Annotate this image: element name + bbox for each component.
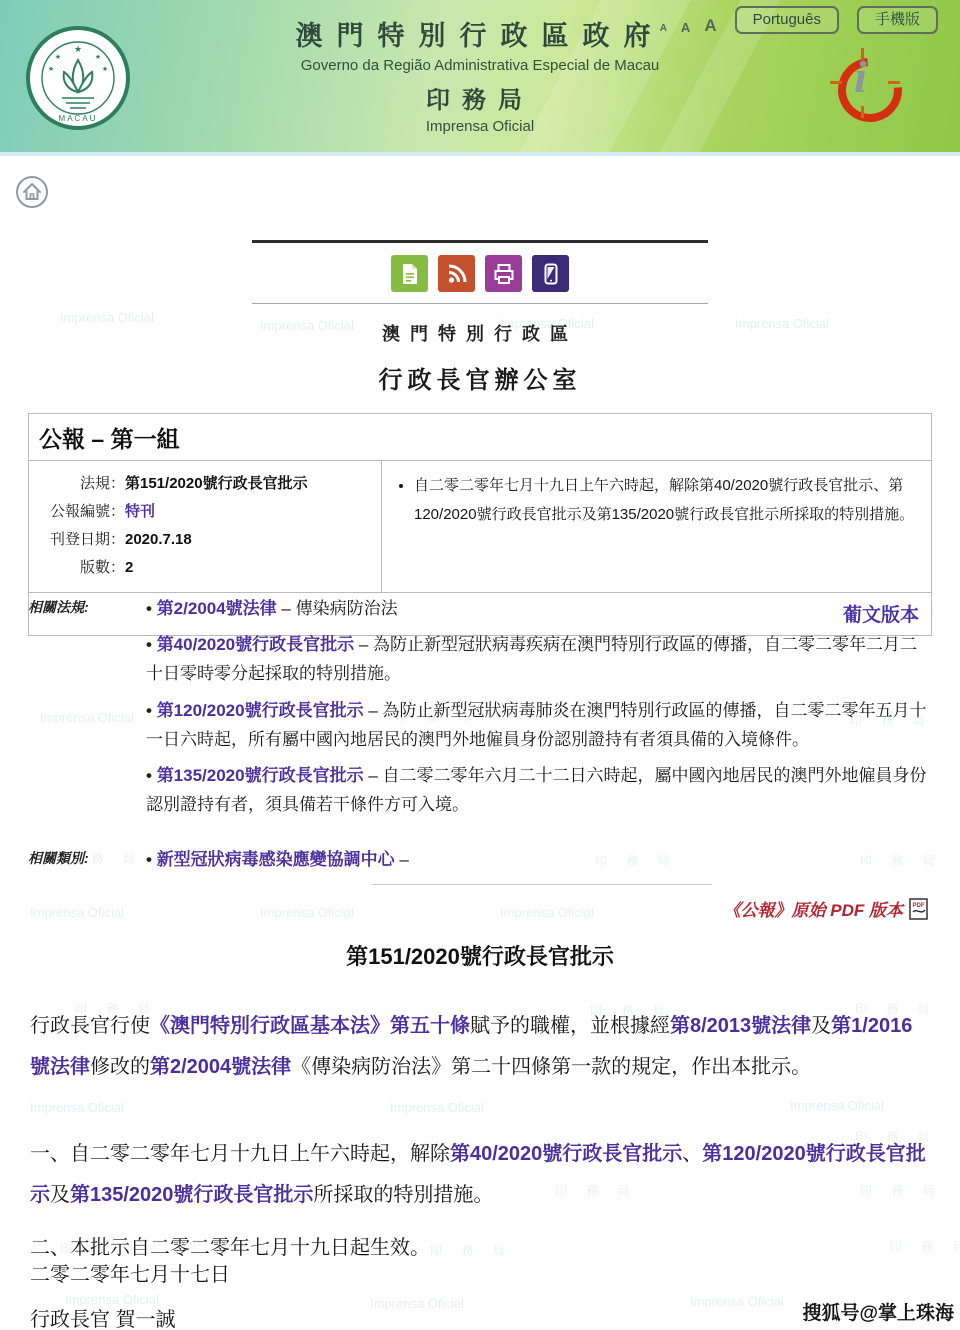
watermark-text: Imprensa Oficial (790, 1098, 884, 1113)
inline-law-link[interactable]: 第8/2013號法律 (670, 1015, 811, 1037)
text-segment: 賦予的職權，並根據經 (470, 1015, 670, 1037)
law-description: – (395, 850, 409, 869)
mobile-button[interactable] (532, 255, 569, 292)
header-toolbar: A A A Português 手機版 (660, 6, 938, 34)
text-segment: 、 (682, 1143, 702, 1165)
watermark-text: Imprensa Oficial (30, 905, 124, 920)
related-category-section: 相關類別: 新型冠狀病毒感染應變協調中心 – (28, 845, 932, 881)
text-segment: 修改的 (90, 1056, 150, 1078)
watermark-text: Imprensa Oficial (690, 1294, 784, 1309)
share-bar (252, 240, 708, 304)
gazette-series-title: 公報 – 第一組 (29, 414, 931, 460)
text-segment: 及 (811, 1015, 831, 1037)
inline-law-link[interactable]: 第135/2020號行政長官批示 (70, 1184, 313, 1206)
related-item: 第120/2020號行政長官批示 – 為防止新型冠狀病毒肺炎在澳門特別行政區的傳… (146, 696, 932, 754)
inline-law-link[interactable]: 第40/2020號行政長官批示 (450, 1143, 682, 1165)
office-title: 行政長官辦公室 (0, 360, 960, 395)
gazette-summary-item: 自二零二零年七月十九日上午六時起，解除第40/2020號行政長官批示、第120/… (414, 471, 915, 530)
divider-thin (252, 303, 708, 304)
dispatch-intro-paragraph: 行政長官行使《澳門特別行政區基本法》第五十條賦予的職權，並根據經第8/2013號… (30, 1006, 930, 1088)
gazette-fields: 法規：第151/2020號行政長官批示公報編號：特刊刊登日期：2020.7.18… (29, 461, 381, 592)
inline-law-link[interactable]: 《澳門特別行政區基本法》第五十條 (150, 1015, 470, 1037)
mobile-version-button[interactable]: 手機版 (857, 6, 938, 34)
sohu-watermark: 搜狐号@掌上珠海 (802, 1298, 954, 1325)
dispatch-signature: 行政長官 賀一誠 (30, 1303, 176, 1330)
gazette-summary-cell: 自二零二零年七月十九日上午六時起，解除第40/2020號行政長官批示、第120/… (381, 461, 931, 592)
related-laws-label: 相關法規: (28, 594, 128, 827)
watermark-text: Imprensa Oficial (260, 905, 354, 920)
gazette-pdf-link[interactable]: 《公報》原始 PDF 版本 (724, 896, 903, 921)
gazette-field-row: 刊登日期：2020.7.18 (33, 526, 373, 554)
portuguese-language-button[interactable]: Português (735, 6, 839, 34)
related-category-list: 新型冠狀病毒感染應變協調中心 – (128, 845, 932, 881)
rss-icon (445, 262, 469, 286)
law-link[interactable]: 新型冠狀病毒感染應變協調中心 (157, 850, 395, 869)
site-header: ★ ★ ★ ★ ★ MACAU 澳門特別行政區政府 Governo da Reg… (0, 0, 960, 156)
imprensa-oficial-logo: i (830, 48, 900, 118)
text-segment: 一、自二零二零年七月十九日上午六時起，解除 (30, 1143, 450, 1165)
watermark-text: Imprensa Oficial (370, 1296, 464, 1311)
font-size-medium-button[interactable]: A (681, 21, 690, 34)
dispatch-paragraph-one: 一、自二零二零年七月十九日上午六時起，解除第40/2020號行政長官批示、第12… (30, 1134, 930, 1216)
print-icon (492, 262, 516, 286)
logo-tick (830, 81, 842, 84)
watermark-text: Imprensa Oficial (500, 905, 594, 920)
font-size-large-button[interactable]: A (704, 17, 716, 34)
document-share-button[interactable] (391, 255, 428, 292)
logo-tick (861, 106, 864, 118)
content-divider (372, 884, 712, 885)
divider-thick (252, 240, 708, 243)
rss-button[interactable] (438, 255, 475, 292)
watermark-text: Imprensa Oficial (390, 1100, 484, 1115)
field-label: 公報編號： (33, 498, 125, 526)
inline-law-link[interactable]: 第2/2004號法律 (150, 1056, 291, 1078)
field-label: 刊登日期： (33, 526, 125, 554)
region-title: 澳門特別行政區 (0, 320, 960, 346)
svg-text:PDF: PDF (913, 903, 925, 909)
font-size-small-button[interactable]: A (660, 24, 667, 34)
dispatch-title: 第151/2020號行政長官批示 (0, 940, 960, 971)
related-item: 新型冠狀病毒感染應變協調中心 – (146, 845, 932, 874)
field-value: 2 (125, 554, 133, 582)
text-segment: 所採取的特別措施。 (313, 1184, 493, 1206)
law-link[interactable]: 第135/2020號行政長官批示 (157, 766, 364, 785)
bureau-title-pt: Imprensa Oficial (0, 118, 960, 135)
law-link[interactable]: 第2/2004號法律 (157, 599, 277, 618)
related-item: 第40/2020號行政長官批示 – 為防止新型冠狀病毒疾病在澳門特別行政區的傳播… (146, 630, 932, 688)
text-segment: 行政長官行使 (30, 1015, 150, 1037)
dispatch-date: 二零二零年七月十七日 (30, 1258, 230, 1287)
text-segment: 及 (50, 1184, 70, 1206)
logo-tick (888, 81, 900, 84)
field-label: 版數： (33, 554, 125, 582)
gazette-field-row: 版數：2 (33, 554, 373, 582)
bureau-title-zh: 印務局 (0, 80, 960, 115)
law-link[interactable]: 第40/2020號行政長官批示 (157, 635, 354, 654)
watermark-text: Imprensa Oficial (30, 1100, 124, 1115)
field-label: 法規： (33, 470, 125, 498)
gazette-field-row: 公報編號：特刊 (33, 498, 373, 526)
related-laws-section: 相關法規: 第2/2004號法律 – 傳染病防治法第40/2020號行政長官批示… (28, 594, 932, 827)
pdf-original-row: 《公報》原始 PDF 版本 PDF (724, 896, 930, 921)
law-description: – 傳染病防治法 (277, 599, 398, 618)
field-value: 第151/2020號行政長官批示 (125, 470, 308, 498)
home-icon (14, 174, 50, 210)
gazette-field-row: 法規：第151/2020號行政長官批示 (33, 470, 373, 498)
related-item: 第2/2004號法律 – 傳染病防治法 (146, 594, 932, 623)
home-button[interactable] (14, 174, 50, 210)
law-link[interactable]: 第120/2020號行政長官批示 (157, 701, 364, 720)
print-button[interactable] (485, 255, 522, 292)
related-item: 第135/2020號行政長官批示 – 自二零二零年六月二十二日六時起，屬中國內地… (146, 761, 932, 819)
field-value-link[interactable]: 特刊 (125, 498, 155, 526)
logo-i-glyph: i (854, 50, 867, 103)
mobile-icon (539, 262, 563, 286)
gov-title-pt: Governo da Região Administrativa Especia… (0, 57, 960, 74)
text-segment: 《傳染病防治法》第二十四條第一款的規定，作出本批示。 (291, 1056, 811, 1078)
document-icon (398, 262, 422, 286)
field-value: 2020.7.18 (125, 526, 192, 554)
related-category-label: 相關類別: (28, 845, 128, 881)
related-laws-list: 第2/2004號法律 – 傳染病防治法第40/2020號行政長官批示 – 為防止… (128, 594, 932, 827)
pdf-file-icon[interactable]: PDF (909, 898, 930, 920)
